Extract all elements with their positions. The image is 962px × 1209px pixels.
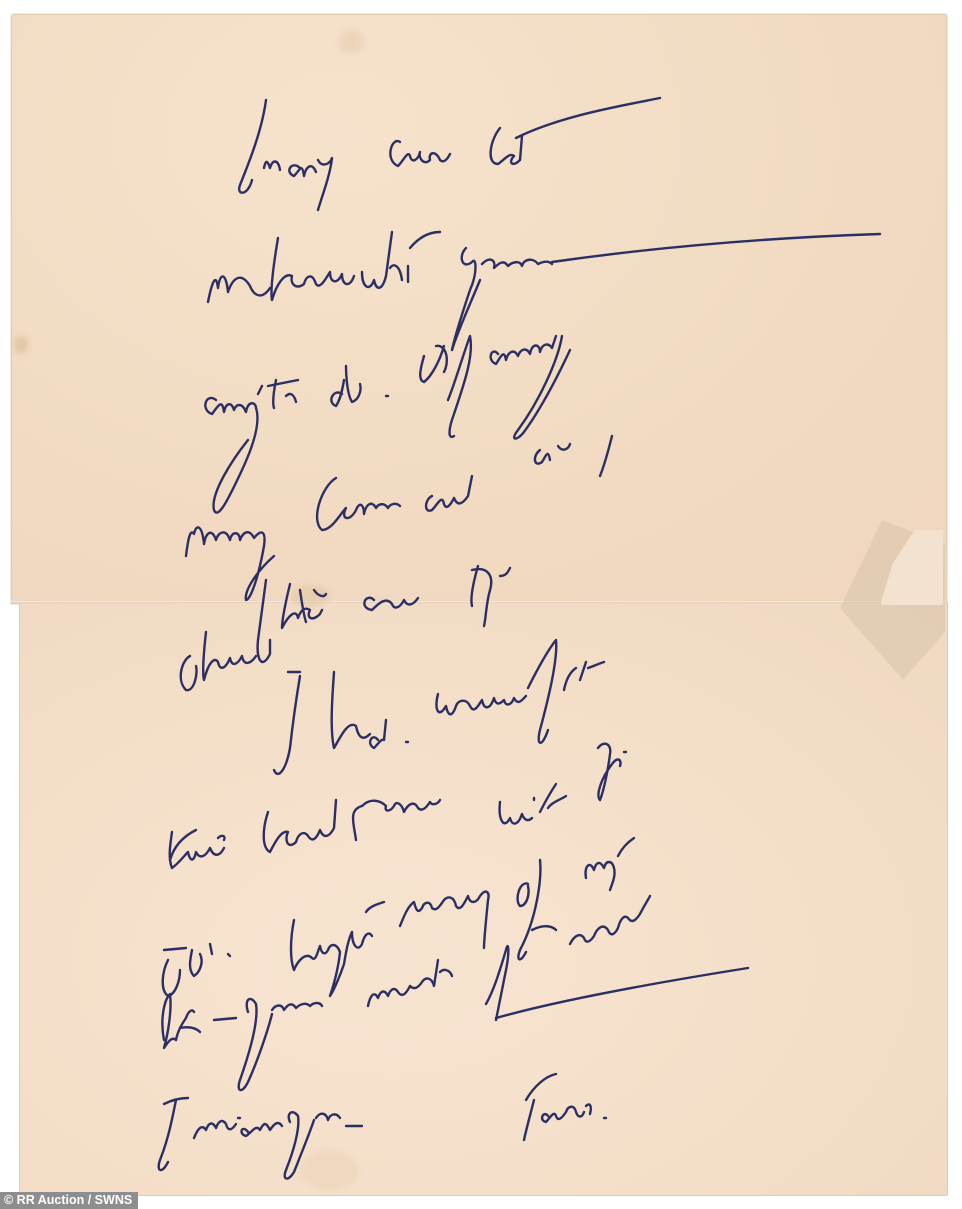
- photo-credit: © RR Auction / SWNS: [0, 1192, 138, 1209]
- handwriting-strokes: [0, 0, 962, 1209]
